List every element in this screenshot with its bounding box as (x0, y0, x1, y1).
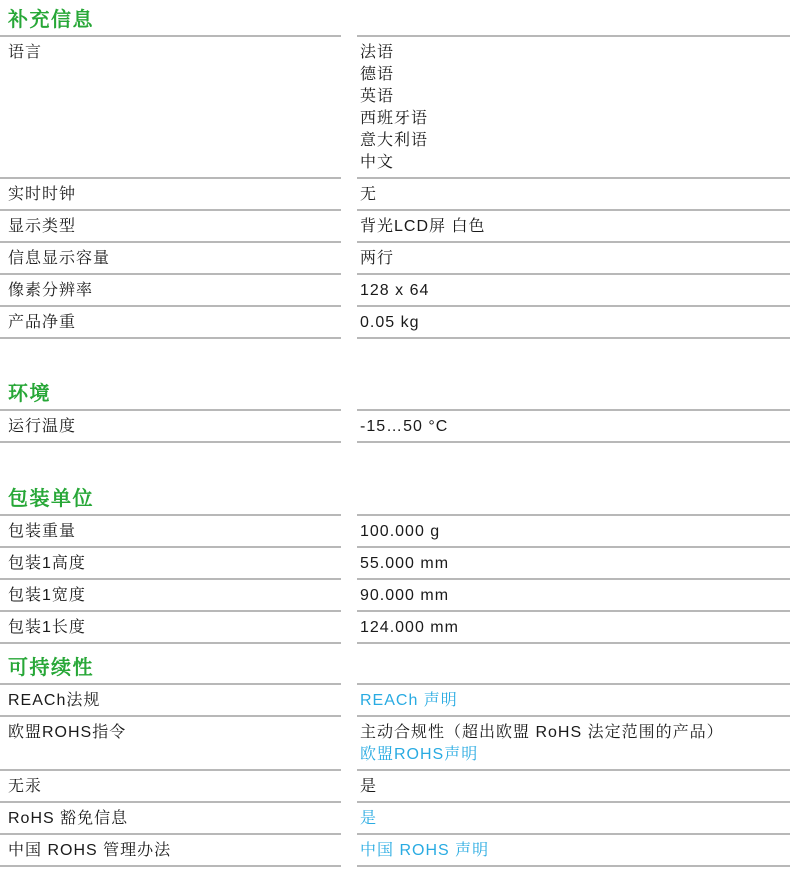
spec-row: 语言 法语德语英语西班牙语意大利语中文 (0, 37, 790, 179)
spec-section: 可持续性 REACh法规 REACh 声明 欧盟ROHS指令 主动合规性（超出欧… (0, 657, 790, 867)
spec-value: 55.000 mm (357, 548, 790, 580)
spec-value: 背光LCD屏 白色 (357, 211, 790, 243)
spec-label: 产品净重 (0, 307, 341, 339)
spec-value: 是 (357, 771, 790, 803)
spec-value: 无 (357, 179, 790, 211)
value-text: 德语 (360, 64, 790, 86)
value-text: -15…50 °C (360, 416, 790, 438)
section-body: 语言 法语德语英语西班牙语意大利语中文 实时时钟 无 显示类型 背光LCD屏 白… (0, 37, 790, 339)
spec-value: 0.05 kg (357, 307, 790, 339)
value-text: 中文 (360, 152, 790, 174)
spec-label: 中国 ROHS 管理办法 (0, 835, 341, 867)
spec-row: 产品净重 0.05 kg (0, 307, 790, 339)
value-declaration-link[interactable]: REACh 声明 (360, 690, 790, 712)
spec-value: REACh 声明 (357, 685, 790, 717)
value-declaration-link[interactable]: 欧盟ROHS声明 (360, 744, 790, 766)
spec-label: 包装1长度 (0, 612, 341, 644)
spec-label: 包装1宽度 (0, 580, 341, 612)
spec-label: 无汞 (0, 771, 341, 803)
spec-section: 环境 运行温度 -15…50 °C (0, 383, 790, 443)
spec-label: 欧盟ROHS指令 (0, 717, 341, 771)
spec-value: 中国 ROHS 声明 (357, 835, 790, 867)
spec-row: 中国 ROHS 管理办法 中国 ROHS 声明 (0, 835, 790, 867)
spec-row: 包装1长度 124.000 mm (0, 612, 790, 644)
spec-value: 是 (357, 803, 790, 835)
section-title: 补充信息 (0, 9, 790, 32)
spec-section: 补充信息 语言 法语德语英语西班牙语意大利语中文 实时时钟 无 显示类型 背光L… (0, 9, 790, 339)
spec-value: 两行 (357, 243, 790, 275)
spec-value: 100.000 g (357, 516, 790, 548)
spec-row: 包装1高度 55.000 mm (0, 548, 790, 580)
value-text: 100.000 g (360, 521, 790, 543)
spec-row: REACh法规 REACh 声明 (0, 685, 790, 717)
value-text: 90.000 mm (360, 585, 790, 607)
value-text: 128 x 64 (360, 280, 790, 302)
spec-sheet: 补充信息 语言 法语德语英语西班牙语意大利语中文 实时时钟 无 显示类型 背光L… (0, 0, 790, 867)
section-title: 可持续性 (0, 657, 790, 680)
value-declaration-link[interactable]: 中国 ROHS 声明 (360, 840, 790, 862)
spec-label: 包装重量 (0, 516, 341, 548)
value-text: 意大利语 (360, 130, 790, 152)
spec-row: 欧盟ROHS指令 主动合规性（超出欧盟 RoHS 法定范围的产品）欧盟ROHS声… (0, 717, 790, 771)
spec-section: 包装单位 包装重量 100.000 g 包装1高度 55.000 mm 包装1宽… (0, 488, 790, 644)
value-text: 主动合规性（超出欧盟 RoHS 法定范围的产品） (360, 722, 790, 744)
value-text: 法语 (360, 42, 790, 64)
spec-value: 90.000 mm (357, 580, 790, 612)
value-declaration-link[interactable]: 是 (360, 808, 790, 830)
spec-row: 像素分辨率 128 x 64 (0, 275, 790, 307)
spec-row: 无汞 是 (0, 771, 790, 803)
spec-label: 运行温度 (0, 411, 341, 443)
spec-value: 128 x 64 (357, 275, 790, 307)
section-body: 运行温度 -15…50 °C (0, 411, 790, 443)
value-text: 55.000 mm (360, 553, 790, 575)
value-text: 背光LCD屏 白色 (360, 216, 790, 238)
spec-label: 像素分辨率 (0, 275, 341, 307)
spec-row: 包装1宽度 90.000 mm (0, 580, 790, 612)
section-body: 包装重量 100.000 g 包装1高度 55.000 mm 包装1宽度 90.… (0, 516, 790, 644)
spec-value: 主动合规性（超出欧盟 RoHS 法定范围的产品）欧盟ROHS声明 (357, 717, 790, 771)
section-body: REACh法规 REACh 声明 欧盟ROHS指令 主动合规性（超出欧盟 RoH… (0, 685, 790, 867)
value-text: 0.05 kg (360, 312, 790, 334)
value-text: 无 (360, 184, 790, 206)
spec-label: RoHS 豁免信息 (0, 803, 341, 835)
value-text: 是 (360, 776, 790, 798)
spec-label: 语言 (0, 37, 341, 179)
value-text: 英语 (360, 86, 790, 108)
spec-label: REACh法规 (0, 685, 341, 717)
spec-label: 显示类型 (0, 211, 341, 243)
spec-value: 法语德语英语西班牙语意大利语中文 (357, 37, 790, 179)
spec-row: RoHS 豁免信息 是 (0, 803, 790, 835)
spec-value: 124.000 mm (357, 612, 790, 644)
spec-row: 包装重量 100.000 g (0, 516, 790, 548)
spec-row: 实时时钟 无 (0, 179, 790, 211)
value-text: 西班牙语 (360, 108, 790, 130)
spec-value: -15…50 °C (357, 411, 790, 443)
spec-label: 信息显示容量 (0, 243, 341, 275)
value-text: 两行 (360, 248, 790, 270)
spec-row: 显示类型 背光LCD屏 白色 (0, 211, 790, 243)
value-text: 124.000 mm (360, 617, 790, 639)
spec-label: 实时时钟 (0, 179, 341, 211)
spec-row: 运行温度 -15…50 °C (0, 411, 790, 443)
spec-row: 信息显示容量 两行 (0, 243, 790, 275)
spec-label: 包装1高度 (0, 548, 341, 580)
section-title: 环境 (0, 383, 790, 406)
section-title: 包装单位 (0, 488, 790, 511)
